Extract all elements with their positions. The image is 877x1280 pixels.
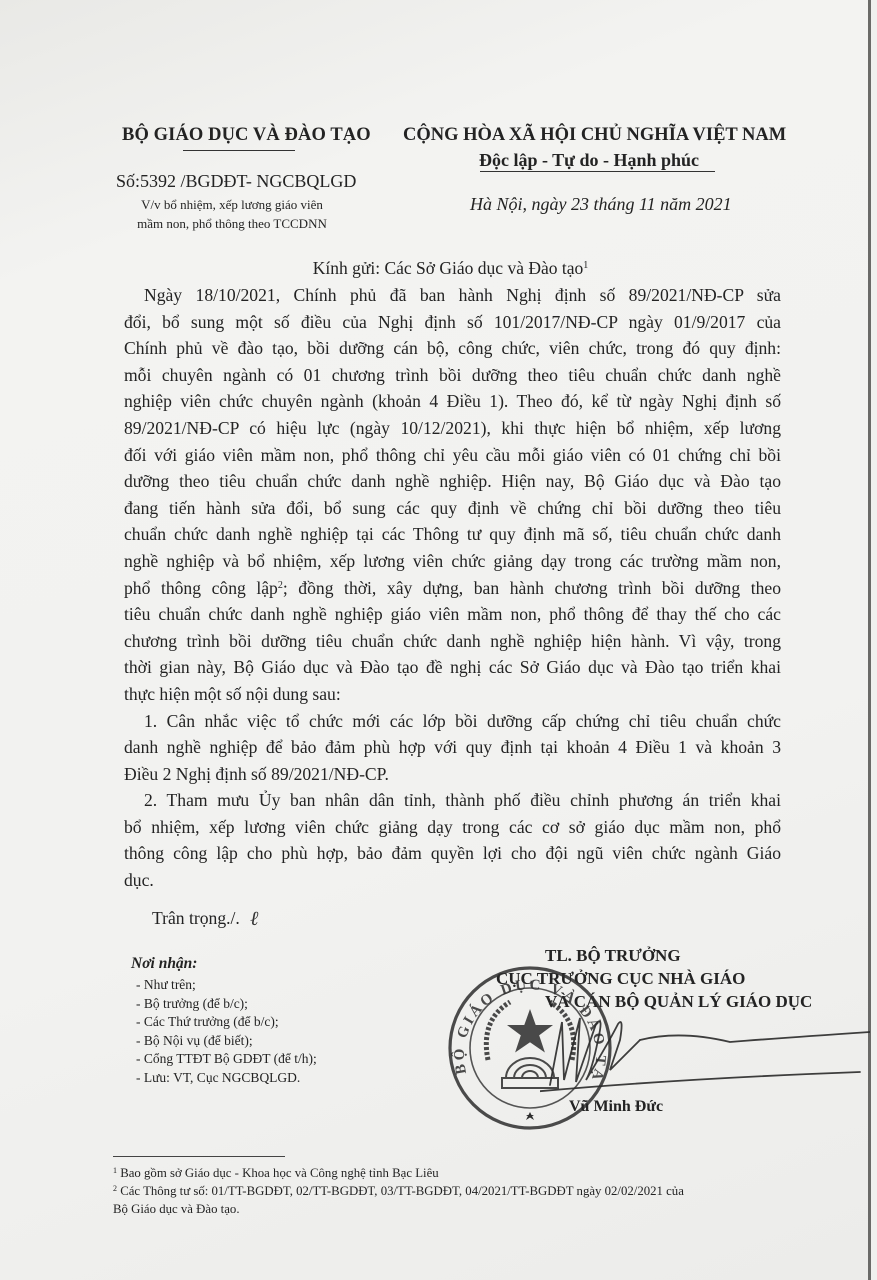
footnote-continuation: Bộ Giáo dục và Đào tạo. [113,1200,773,1218]
item-1-line: danh nghề nghiệp để bảo đảm phù hợp với … [124,734,781,761]
national-title: CỘNG HÒA XÃ HỘI CHỦ NGHĨA VIỆT NAM [403,125,786,146]
closing: Trân trọng./. [152,908,240,929]
body-line: đối với giáo viên mầm non, phổ thông chỉ… [124,442,781,469]
body-line: Ngày 18/10/2021, Chính phủ đã ban hành N… [124,282,781,309]
footnote-ref: 1 [583,260,588,271]
body-line: thời gian này, Bộ Giáo dục và Đào tạo đề… [124,654,781,681]
recipients-list: - Như trên; - Bộ trưởng (để b/c); - Các … [136,976,317,1088]
body-line: chuẩn chức danh nghề nghiệp tại các Thôn… [124,521,781,548]
item-2-line: thông công lập cho phù hợp, bảo đảm quyề… [124,840,781,867]
recipient-item: - Bộ trưởng (để b/c); [136,995,317,1014]
salutation-text: Kính gửi: Các Sở Giáo dục và Đào tạo [313,258,584,278]
body-line: nghề nghiệp và bổ nhiệm, xếp lương viên … [124,548,781,575]
subject-line: V/v bổ nhiệm, xếp lương giáo viên [116,195,348,214]
recipient-item: - Cổng TTĐT Bộ GDĐT (để t/h); [136,1050,317,1069]
recipient-item: - Các Thứ trưởng (để b/c); [136,1013,317,1032]
recipient-item: - Lưu: VT, Cục NGCBQLGD. [136,1069,317,1088]
body-line: tiêu chuẩn chức danh nghề nghiệp giáo vi… [124,601,781,628]
item-2-line: 2. Tham mưu Ủy ban nhân dân tỉnh, thành … [124,787,781,814]
body-line: nghiệp viên chức chuyên ngành (khoản 4 Đ… [124,388,781,415]
national-motto: Độc lập - Tự do - Hạnh phúc [479,150,699,171]
body-line: đang tiến hành sửa đổi, bổ sung các quy … [124,495,781,522]
subject-line: mầm non, phổ thông theo TCCDNN [116,214,348,233]
signer-name: Vũ Minh Đức [569,1098,663,1116]
document-subject: V/v bổ nhiệm, xếp lương giáo viên mầm no… [116,195,348,233]
document-body: Ngày 18/10/2021, Chính phủ đã ban hành N… [124,282,781,894]
body-line: mỗi chuyên ngành có 01 chương trình bồi … [124,362,781,389]
body-line-with-footnote: phổ thông công lập2; đồng thời, xây dựng… [124,575,781,602]
issuer-underline [183,150,295,151]
recipient-item: - Bộ Nội vụ (để biết); [136,1032,317,1051]
body-line: thực hiện một số nội dung sau: [124,681,781,708]
item-1-line: 1. Cân nhắc việc tổ chức mới các lớp bồi… [124,708,781,735]
footnote: 2 Các Thông tư số: 01/TT-BGDĐT, 02/TT-BG… [113,1182,773,1200]
footnotes: 1 Bao gồm sở Giáo dục - Khoa học và Công… [113,1164,773,1218]
salutation: Kính gửi: Các Sở Giáo dục và Đào tạo1 [0,258,877,279]
item-1-line: Điều 2 Nghị định số 89/2021/NĐ-CP. [124,761,781,788]
motto-underline [480,171,715,172]
issuer-name: BỘ GIÁO DỤC VÀ ĐÀO TẠO [122,125,371,146]
place-and-date: Hà Nội, ngày 23 tháng 11 năm 2021 [470,194,732,215]
footnote: 1 Bao gồm sở Giáo dục - Khoa học và Công… [113,1164,773,1182]
document-number: Số:5392 /BGDĐT- NGCBQLGD [116,171,356,192]
footnote-separator [113,1156,285,1157]
body-line: Chính phủ về đào tạo, bồi dưỡng cán bộ, … [124,335,781,362]
recipient-item: - Như trên; [136,976,317,995]
handwritten-signature-icon [540,1010,870,1100]
body-line: đổi, bổ sung một số điều của Nghị định s… [124,309,781,336]
initial-mark: ℓ [250,906,258,931]
body-line: 89/2021/NĐ-CP có hiệu lực (ngày 10/12/20… [124,415,781,442]
item-2-line: dục. [124,867,781,894]
body-line: dưỡng theo tiêu chuẩn chức danh nghề ngh… [124,468,781,495]
body-line: chương trình bồi dưỡng tiêu chuẩn chức d… [124,628,781,655]
recipients-title: Nơi nhận: [131,955,197,973]
background-margin [871,0,877,1280]
item-2-line: bổ nhiệm, xếp lương viên chức giảng dạy … [124,814,781,841]
